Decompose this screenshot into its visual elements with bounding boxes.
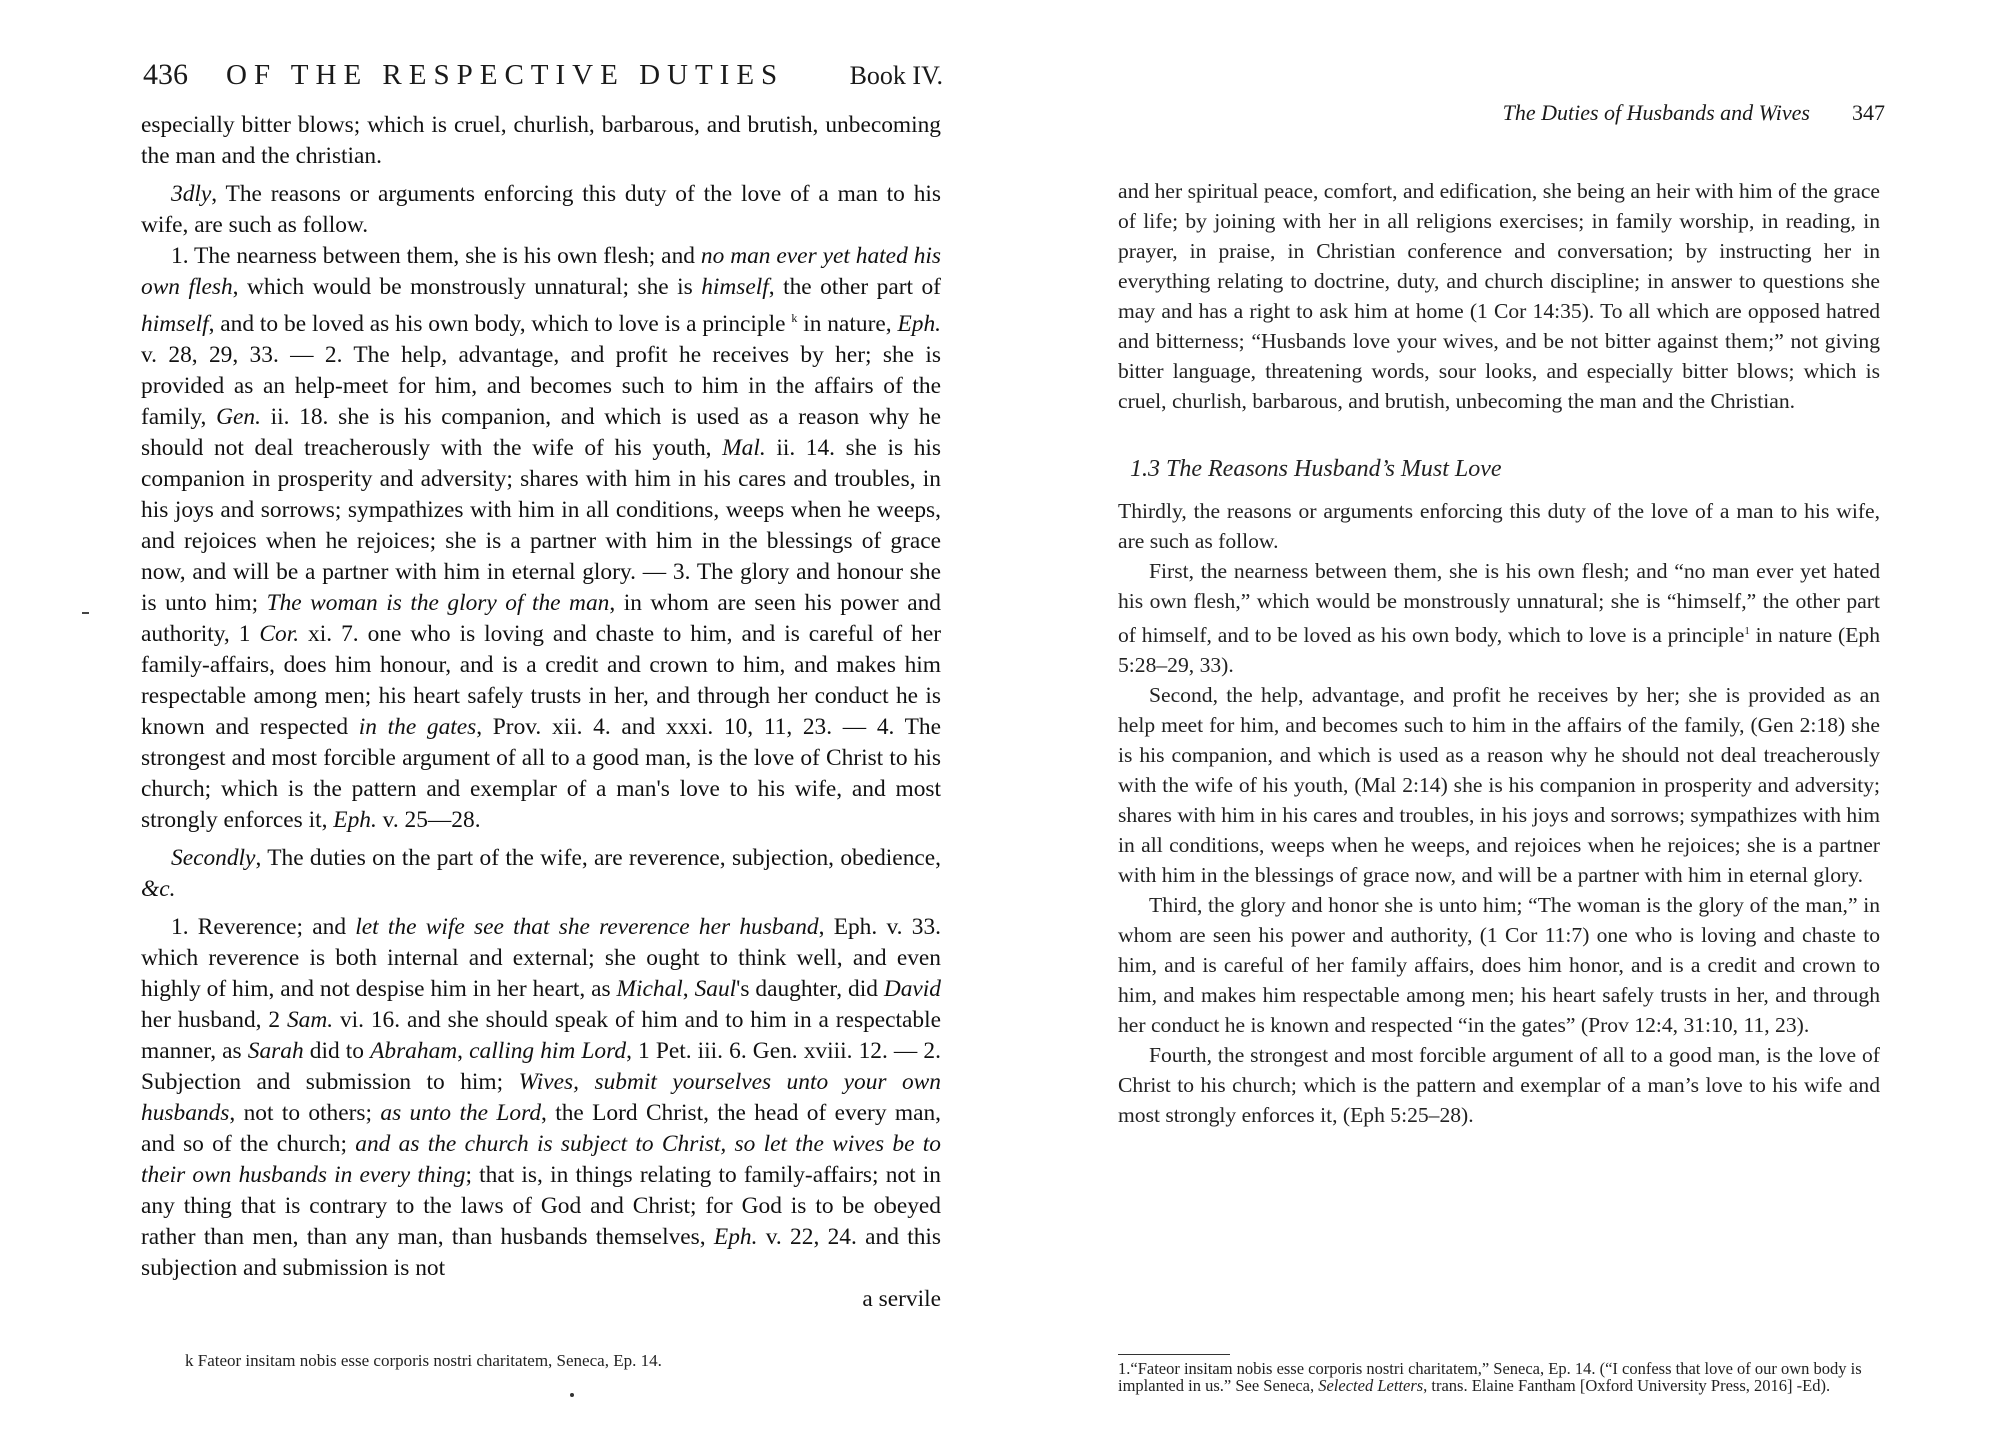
text-run: her husband, 2 bbox=[141, 1007, 287, 1033]
left-book-label: Book IV. bbox=[850, 61, 943, 91]
text-run: 1. The nearness between them, she is his… bbox=[171, 243, 701, 269]
text-run: Eph. bbox=[714, 1224, 758, 1250]
text-run: , bbox=[457, 1038, 469, 1064]
intro-paragraph: Thirdly, the reasons or arguments enforc… bbox=[1118, 496, 1880, 556]
text-run: ii. 14. she is his companion in prosperi… bbox=[141, 435, 941, 616]
left-page-header: 436 OF THE RESPECTIVE DUTIES Book IV. bbox=[143, 58, 943, 102]
text-run: himself bbox=[701, 274, 769, 300]
left-paragraph: 1. Reverence; and let the wife see that … bbox=[141, 912, 941, 1284]
second-reason-paragraph: Second, the help, advantage, and profit … bbox=[1118, 680, 1880, 890]
left-page-facsimile: 436 OF THE RESPECTIVE DUTIES Book IV. es… bbox=[0, 0, 1000, 1454]
print-speck bbox=[570, 1393, 574, 1397]
opening-paragraph: and her spiritual peace, comfort, and ed… bbox=[1118, 176, 1880, 416]
left-page-body: especially bitter blows; which is cruel,… bbox=[141, 110, 941, 1315]
text-run: , The duties on the part of the wife, ar… bbox=[255, 845, 941, 871]
fourth-reason-paragraph: Fourth, the strongest and most forcible … bbox=[1118, 1040, 1880, 1130]
text-run: 3dly bbox=[171, 181, 211, 207]
text-run: 1. Reverence; and bbox=[171, 914, 355, 940]
text-run: Eph. bbox=[897, 311, 941, 337]
footnote-separator bbox=[1118, 1354, 1230, 1355]
text-run: , not to others; bbox=[229, 1100, 380, 1126]
text-run: Saul bbox=[695, 976, 737, 1002]
text-run: Eph. bbox=[333, 807, 377, 833]
text-run: , bbox=[683, 976, 695, 1002]
right-running-head: The Duties of Husbands and Wives bbox=[1503, 100, 1810, 126]
third-reason-paragraph: Third, the glory and honor she is unto h… bbox=[1118, 890, 1880, 1040]
text-run: Michal bbox=[617, 976, 683, 1002]
text-run: let the wife see that she reverence her … bbox=[355, 914, 818, 940]
text-run: The woman is the glory of the man bbox=[267, 590, 610, 616]
text-run: David bbox=[884, 976, 941, 1002]
left-paragraph: 3dly, The reasons or arguments enforcing… bbox=[141, 179, 941, 241]
text-run: , which would be monstrously unnatural; … bbox=[233, 274, 702, 300]
right-page-modern-edition: The Duties of Husbands and Wives 347 and… bbox=[1000, 0, 2000, 1454]
left-page-number: 436 bbox=[143, 58, 188, 92]
text-run: , The reasons or arguments enforcing thi… bbox=[141, 181, 941, 238]
right-page-number: 347 bbox=[1852, 100, 1885, 126]
text-run: in the gates bbox=[359, 714, 476, 740]
left-paragraph: Secondly, The duties on the part of the … bbox=[141, 843, 941, 905]
text-run: Sam. bbox=[287, 1007, 333, 1033]
text-run: Cor. bbox=[259, 621, 299, 647]
text-run: , and to be loved as his own body, which… bbox=[209, 311, 792, 337]
text-run: , the other part of bbox=[769, 274, 941, 300]
footnote-text-end: , trans. Elaine Fantham [Oxford Universi… bbox=[1423, 1376, 1830, 1395]
left-paragraph: 1. The nearness between them, she is his… bbox=[141, 241, 941, 836]
footnote-book-title: Selected Letters bbox=[1318, 1376, 1423, 1395]
text-run: in nature, bbox=[797, 311, 897, 337]
first-reason-paragraph: First, the nearness between them, she is… bbox=[1118, 556, 1880, 680]
text-run: calling him Lord bbox=[469, 1038, 626, 1064]
text-run: Abraham bbox=[370, 1038, 457, 1064]
text-run: &c. bbox=[141, 876, 175, 902]
right-page-header: The Duties of Husbands and Wives 347 bbox=[1465, 100, 1885, 126]
left-running-head: OF THE RESPECTIVE DUTIES bbox=[226, 59, 850, 92]
text-run: himself bbox=[141, 311, 209, 337]
catchword: a servile bbox=[141, 1284, 941, 1315]
margin-mark bbox=[82, 612, 89, 614]
text-run: especially bitter blows; which is cruel,… bbox=[141, 112, 941, 169]
text-run: v. 25—28. bbox=[377, 807, 481, 833]
text-run: as unto the Lord bbox=[380, 1100, 541, 1126]
text-run: Gen. bbox=[216, 404, 261, 430]
right-footnote: 1.“Fateor insitam nobis esse corporis no… bbox=[1118, 1360, 1880, 1394]
text-run: Secondly bbox=[171, 845, 255, 871]
left-footnote: k Fateor insitam nobis esse corporis nos… bbox=[185, 1351, 662, 1371]
right-page-body: and her spiritual peace, comfort, and ed… bbox=[1118, 176, 1880, 1130]
left-paragraph: especially bitter blows; which is cruel,… bbox=[141, 110, 941, 172]
text-run: Sarah bbox=[248, 1038, 304, 1064]
section-heading: 1.3 The Reasons Husband’s Must Love bbox=[1130, 454, 1880, 484]
text-run: 's daughter, did bbox=[736, 976, 884, 1002]
text-run: Mal. bbox=[722, 435, 766, 461]
text-run: did to bbox=[304, 1038, 370, 1064]
